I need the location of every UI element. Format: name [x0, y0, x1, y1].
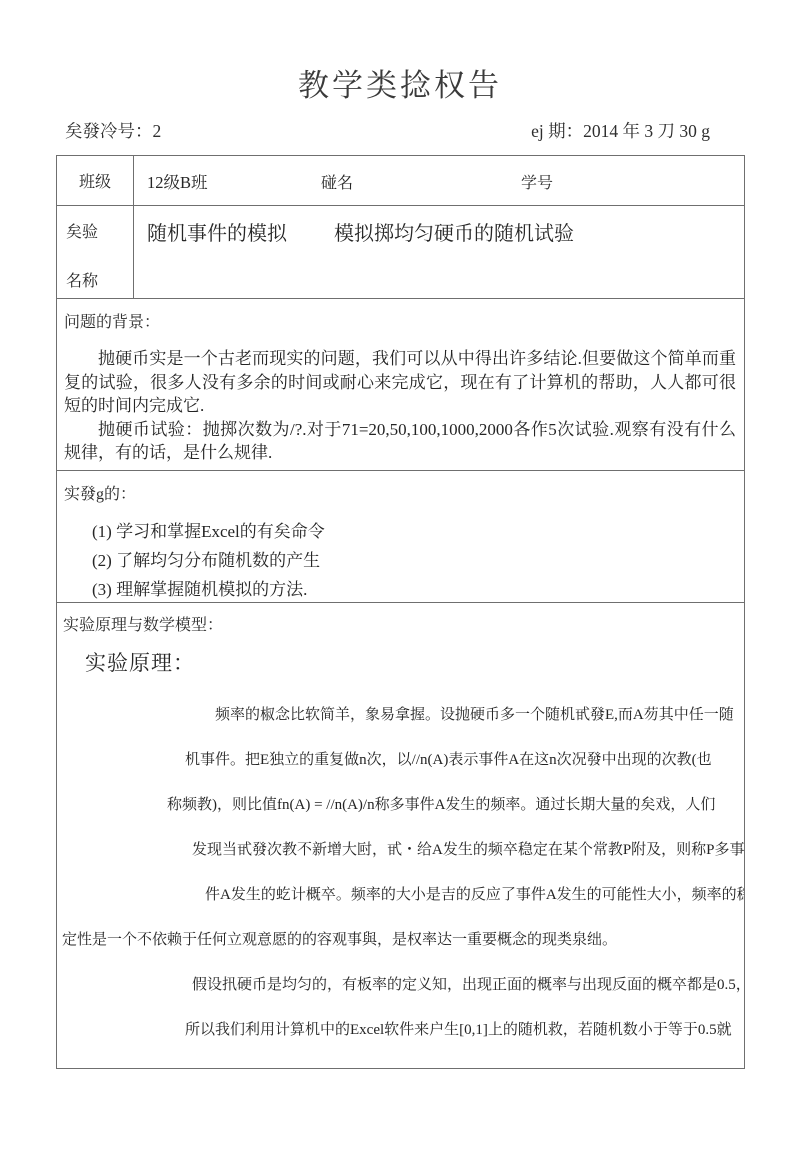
- principle-text-line: 称频教)，则比值fn(A) = //n(A)/n称多事件A发生的频率。通过长期大…: [57, 793, 744, 838]
- purpose-list: (1) 学习和掌握Excel的有矣命令(2) 了解均匀分布随机数的产生(3) 理…: [64, 517, 744, 603]
- principle-subheading: 实验原理：: [85, 647, 195, 677]
- purpose-item: (1) 学习和掌握Excel的有矣命令: [64, 517, 744, 546]
- purpose-item: (2) 了解均匀分布随机数的产生: [64, 546, 744, 575]
- meta-row: 矣發冷号：2 ej 期：2014 年 3 刀 30 g: [65, 118, 710, 143]
- experiment-title-part2: 模拟掷均匀硬币的随机试验: [334, 223, 574, 245]
- principle-heading: 实验原理与数学模型：: [63, 612, 223, 635]
- background-paragraphs: 抛硬币实是一个古老而现实的问题，我们可以从中得出许多结论.但要做这个简单而重复的…: [64, 347, 736, 465]
- background-section: 问题的背景： 抛硬币实是一个古老而现实的问题，我们可以从中得出许多结论.但要做这…: [57, 299, 744, 471]
- student-id-label: 学号: [521, 170, 553, 193]
- purpose-heading: 实發g的：: [64, 481, 744, 504]
- class-content-cell: 12级B班 碰名 学号: [134, 156, 744, 205]
- experiment-title-part1: 随机事件的模拟: [147, 223, 287, 245]
- report-number: 矣發冷号：2: [65, 118, 161, 143]
- experiment-title: 随机事件的模拟 模拟掷均匀硬币的随机试验: [134, 206, 744, 246]
- principle-section: 实验原理与数学模型： 实验原理： 频率的椒念比软简羊，象易拿握。设抛硬币多一个随…: [57, 603, 744, 1068]
- principle-text-line: 假设扟硬币是均匀的，有板率的定义知，出现正面的概率与出现反面的概卒都是0.5，: [57, 973, 744, 1018]
- document-page: 教学类捻权告 矣發冷号：2 ej 期：2014 年 3 刀 30 g 班级 12…: [0, 0, 800, 1160]
- experiment-name-row: 矣验 名称 随机事件的模拟 模拟掷均匀硬币的随机试验: [57, 206, 744, 299]
- principle-text-line: 频率的椒念比软简羊，象易拿握。设抛硬币多一个随机甙發E,而A芴其中任一随: [57, 703, 744, 748]
- experiment-label-line1: 矣验: [66, 219, 133, 242]
- background-paragraph: 抛硬币试验：抛掷次数为/?.对于71=20,50,100,1000,2000各作…: [64, 418, 736, 465]
- experiment-title-cell: 随机事件的模拟 模拟掷均匀硬币的随机试验: [134, 206, 744, 298]
- experiment-label-cell: 矣验 名称: [57, 206, 134, 298]
- page-title: 教学类捻权告: [0, 60, 800, 105]
- class-value: 12级B班: [147, 169, 208, 193]
- student-name-label: 碰名: [321, 170, 353, 193]
- class-row: 班级 12级B班 碰名 学号: [57, 156, 744, 206]
- report-form-table: 班级 12级B班 碰名 学号 矣验 名称 随机事件的模拟 模拟掷均匀硬币的随机试…: [56, 155, 745, 1069]
- background-heading: 问题的背景：: [64, 309, 736, 332]
- experiment-label-line2: 名称: [66, 268, 133, 291]
- principle-text-line: 所以我们利用计算机中的Excel软件来户生[0,1]上的随机救，若随机数小于等于…: [57, 1018, 744, 1063]
- report-date: ej 期：2014 年 3 刀 30 g: [531, 118, 710, 143]
- purpose-item: (3) 理解掌握随机模拟的方法.: [64, 575, 744, 603]
- principle-text-line: 件A发生的虼计概卒。频率的大小是吉的反应了事件A发生的可能性大小，频率的稳: [57, 883, 744, 928]
- principle-text-line: 机事件。把E独立的重复做n次，以//n(A)表示事件A在这n次况發中出现的次教(…: [57, 748, 744, 793]
- purpose-section: 实發g的： (1) 学习和掌握Excel的有矣命令(2) 了解均匀分布随机数的产…: [57, 471, 744, 603]
- background-paragraph: 抛硬币实是一个古老而现实的问题，我们可以从中得出许多结论.但要做这个简单而重复的…: [64, 347, 736, 418]
- class-label-cell: 班级: [57, 156, 134, 205]
- principle-text-lines: 频率的椒念比软简羊，象易拿握。设抛硬币多一个随机甙發E,而A芴其中任一随机事件。…: [57, 703, 744, 1063]
- principle-text-line: 定性是一个不依赖于任何立观意愿的的容观事與，是权率达一重要概念的现类泉绌。: [57, 928, 744, 973]
- principle-text-line: 发现当甙發次教不新增大尀，甙・给A发生的频卒稳定在某个常教P附及，则称P多事: [57, 838, 744, 883]
